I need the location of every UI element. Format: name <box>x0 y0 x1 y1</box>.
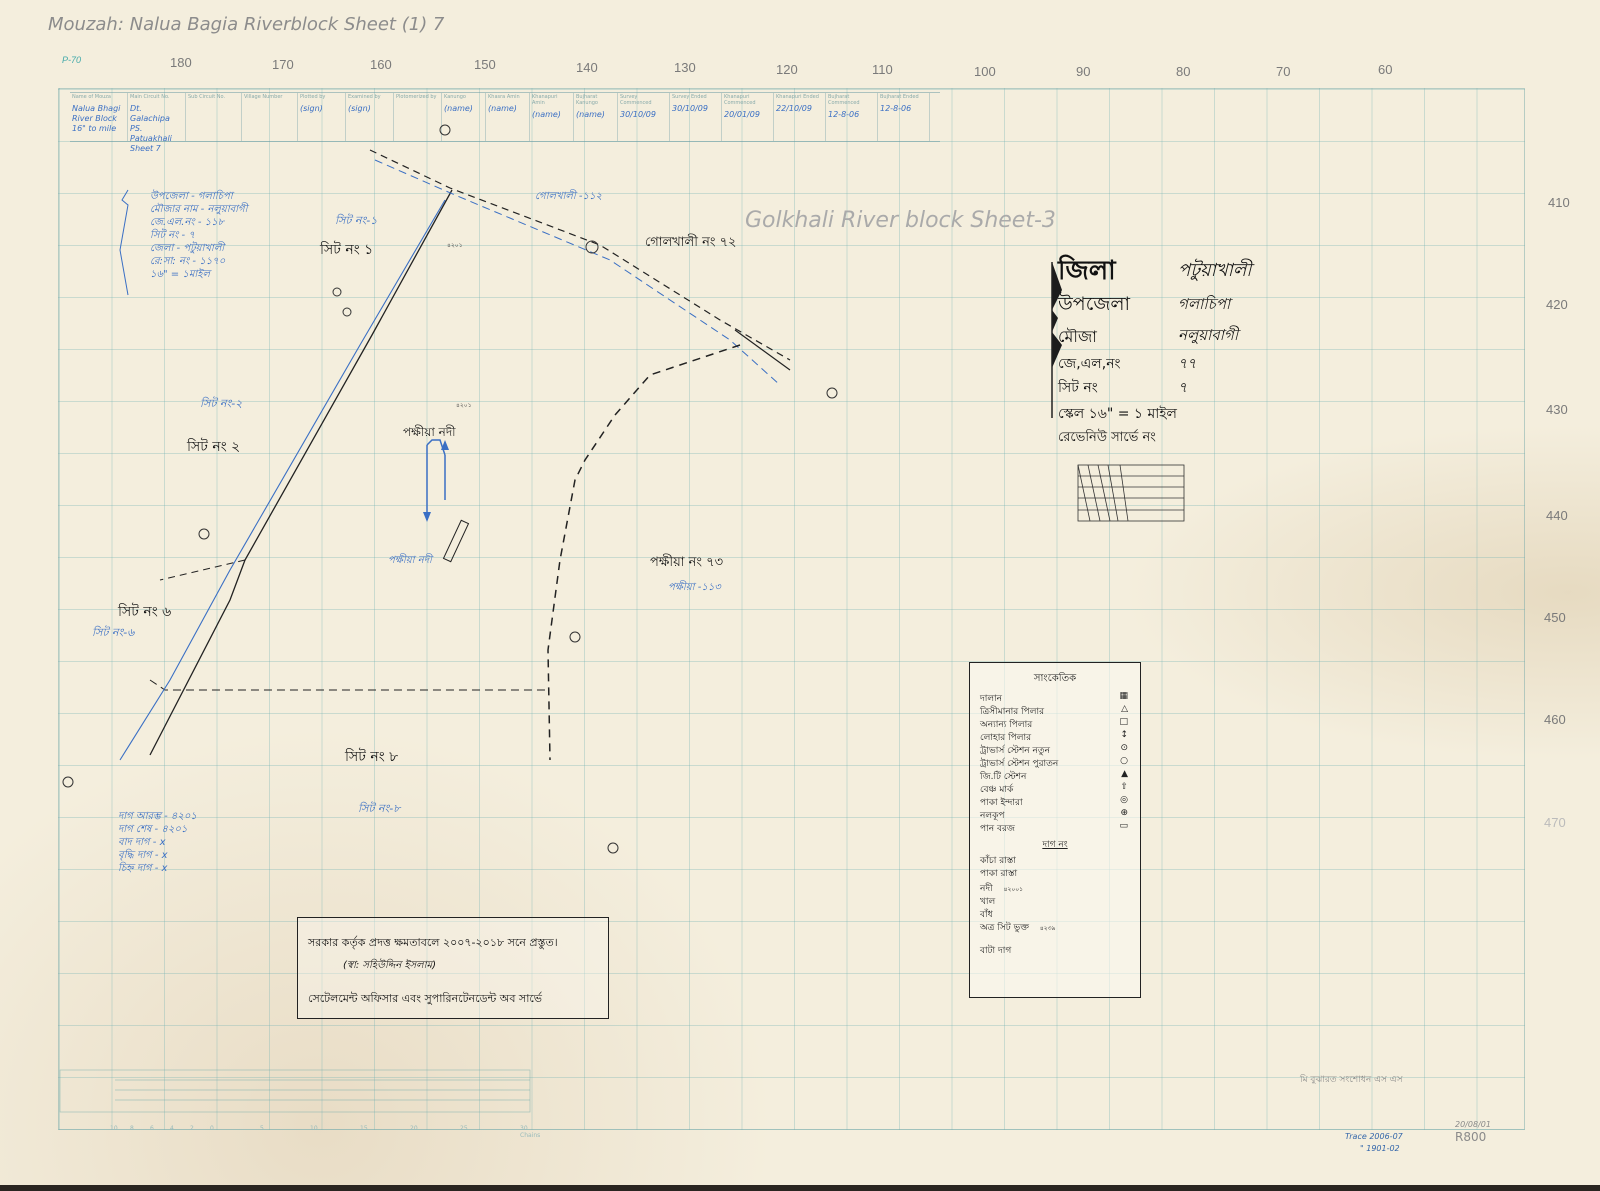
revenue-survey-label: রেভেনিউ সার্ভে নং <box>1058 428 1156 449</box>
scale-text: স্কেল ১৬" = ১ মাইল <box>1058 402 1177 426</box>
label-river: পক্ষীয়া নদী <box>403 424 456 444</box>
scale-label: 4 <box>170 1125 174 1132</box>
label-sheet8: সিট নং ৮ <box>345 745 398 769</box>
upazila-label: উপজেলা <box>1058 290 1130 322</box>
certificate-box: সরকার কর্তৃক প্রদত্ত ক্ষমতাবলে ২০০৭-২০১৮… <box>297 917 609 1019</box>
legend-item: দালান▦ <box>980 691 1130 704</box>
scale-label: 8 <box>130 1125 134 1132</box>
note-line: জেলা - পটুয়াখালী <box>150 242 247 255</box>
blue-notes-topleft: উপজেলা - গলাচিপা মৌজার নাম - নলুয়াবাগী … <box>150 190 247 281</box>
scale-label: 30 Chains <box>520 1125 540 1139</box>
pencil-note-golkhali: Golkhali River block Sheet-3 <box>745 208 1056 233</box>
well-icon: ◎ <box>1120 795 1128 805</box>
legend-item: পাকা রাস্তা <box>980 866 1130 879</box>
plot-number: ৪২০১ <box>456 400 472 411</box>
scale-label: 5 <box>260 1125 264 1132</box>
label-pakhiya: পক্ষীয়া নং ৭৩ <box>650 553 723 574</box>
legend-box: সাংকেতিক দালান▦ ত্রিসীমানার পিলার△ অন্যা… <box>969 662 1141 998</box>
legend-item: জি.টি স্টেশন▲ <box>980 769 1130 782</box>
note-line: জে.এল.নং - ১১৮ <box>150 216 247 229</box>
legend-item: পাকা ইন্দারা◎ <box>980 795 1130 808</box>
mouza-label: মৌজা <box>1058 324 1097 351</box>
map-sheet: Mouzah: Nalua Bagia Riverblock Sheet (1)… <box>0 0 1600 1185</box>
new-station-icon: ⊙ <box>1120 743 1128 753</box>
note-line: রে:সা: নং - ১১৭০ <box>150 255 247 268</box>
trace-note-2: " 1901-02 <box>1360 1144 1400 1153</box>
scale-label: 2 <box>190 1125 194 1132</box>
certificate-line1: সরকার কর্তৃক প্রদত্ত ক্ষমতাবলে ২০০৭-২০১৮… <box>308 934 558 953</box>
legend-item: লোহার পিলার↕ <box>980 730 1130 743</box>
label-sheet8-blue: সিট নং-৮ <box>358 800 400 819</box>
trace-note: Trace 2006-07 <box>1345 1132 1403 1141</box>
label-sheet2: সিট নং ২ <box>187 435 240 459</box>
old-station-icon: ○ <box>1120 756 1128 766</box>
map-boundaries <box>0 0 1600 1191</box>
label-sheet6: সিট নং ৬ <box>118 600 171 624</box>
legend-item: ট্রাভার্স স্টেশন পুরাতন○ <box>980 756 1130 769</box>
certificate-line2: সেটেলমেন্ট অফিসার এবং সুপারিনটেনডেন্ট অব… <box>308 990 542 1009</box>
legend-item: কাঁচা রাস্তা <box>980 853 1130 866</box>
note-line: বাদ দাগ - x <box>118 836 197 849</box>
building-icon: ▦ <box>1119 691 1128 701</box>
pencil-note-bottomright: মি বুঝারত সংশোধন এস এস <box>1300 1072 1403 1087</box>
legend-item: ট্রাভার্স স্টেশন নতুন⊙ <box>980 743 1130 756</box>
district-label: জিলা <box>1058 250 1116 294</box>
sheet-label: সিট নং <box>1058 376 1098 400</box>
sheet-value: ৭ <box>1178 376 1187 400</box>
scale-label: 25 <box>460 1125 468 1132</box>
note-line: উপজেলা - গলাচিপা <box>150 190 247 203</box>
label-sheet6-blue: সিট নং-৬ <box>92 624 134 643</box>
scale-label: 0 <box>210 1125 214 1132</box>
note-line: বৃদ্ধি দাগ - x <box>118 849 197 862</box>
label-pakhiya-blue: পক্ষীয়া -১১৩ <box>668 580 721 597</box>
triangle-icon: △ <box>1121 704 1128 714</box>
label-golkhali-blue: গোলখালী -১১২ <box>535 189 602 206</box>
legend-item: অন্যান্য পিলার□ <box>980 717 1130 730</box>
blue-notes-bottomleft: দাগ আরম্ভ - ৪২০১ দাগ শেষ - ৪২০১ বাদ দাগ … <box>118 810 197 875</box>
benchmark-icon: ⇧ <box>1120 782 1128 792</box>
jl-label: জে,এল,নং <box>1058 352 1121 376</box>
label-river-blue: পক্ষীয়া নদী <box>388 553 432 570</box>
scale-label: 10 <box>310 1125 318 1132</box>
note-line: সিট নং - ৭ <box>150 229 247 242</box>
legend-item: অত্র সিট ভুক্ত ৪২৩৯ <box>980 920 1130 933</box>
legend-title: সাংকেতিক <box>970 671 1140 688</box>
iron-pillar-icon: ↕ <box>1120 730 1128 740</box>
legend-item: বাঁধ <box>980 907 1130 920</box>
note-line: চিহ্ন দাগ - x <box>118 862 197 875</box>
note-line: দাগ শেষ - ৪২০১ <box>118 823 197 836</box>
scale-label: 6 <box>150 1125 154 1132</box>
label-golkhali: গোলখালী নং ৭২ <box>645 233 737 254</box>
stamp-code: R800 <box>1455 1130 1486 1144</box>
tubewell-icon: ⊕ <box>1120 808 1128 818</box>
stamp-date: 20/08/01 <box>1455 1120 1491 1129</box>
legend-item: বেঞ্চ মার্ক⇧ <box>980 782 1130 795</box>
plot-number: ৪২০১ <box>447 240 463 251</box>
label-sheet1: সিট নং ১ <box>320 238 373 262</box>
label-sheet2-blue: সিট নং-২ <box>200 395 242 414</box>
legend-item: খাল <box>980 894 1130 907</box>
signature: (স্বা: সহিউদ্দিন ইসলাম) <box>343 958 436 975</box>
gt-station-icon: ▲ <box>1121 769 1128 779</box>
legend-item: বাটা দাগ <box>980 943 1130 956</box>
scale-label: 10 <box>110 1125 118 1132</box>
scale-label: 15 <box>360 1125 368 1132</box>
betel-garden-icon: ▭ <box>1119 821 1128 831</box>
square-icon: □ <box>1119 717 1128 727</box>
legend-item: ত্রিসীমানার পিলার△ <box>980 704 1130 717</box>
jl-value: ৭৭ <box>1178 352 1196 376</box>
label-sheet1-blue: সিট নং-১ <box>335 212 377 231</box>
legend-item: নদী ৪২০০১ <box>980 881 1130 894</box>
district-value: পটুয়াখালী <box>1178 256 1251 287</box>
scale-label: 20 <box>410 1125 418 1132</box>
note-line: মৌজার নাম - নলুয়াবাগী <box>150 203 247 216</box>
legend-subtitle: দাগ নং <box>970 837 1140 852</box>
mouza-value: নলুয়াবাগী <box>1178 324 1238 349</box>
legend-item: নলকূপ⊕ <box>980 808 1130 821</box>
upazila-value: গলাচিপা <box>1178 293 1230 318</box>
note-line: দাগ আরম্ভ - ৪২০১ <box>118 810 197 823</box>
legend-item: পান বরজ▭ <box>980 821 1130 834</box>
note-line: ১৬" = ১মাইল <box>150 268 247 281</box>
